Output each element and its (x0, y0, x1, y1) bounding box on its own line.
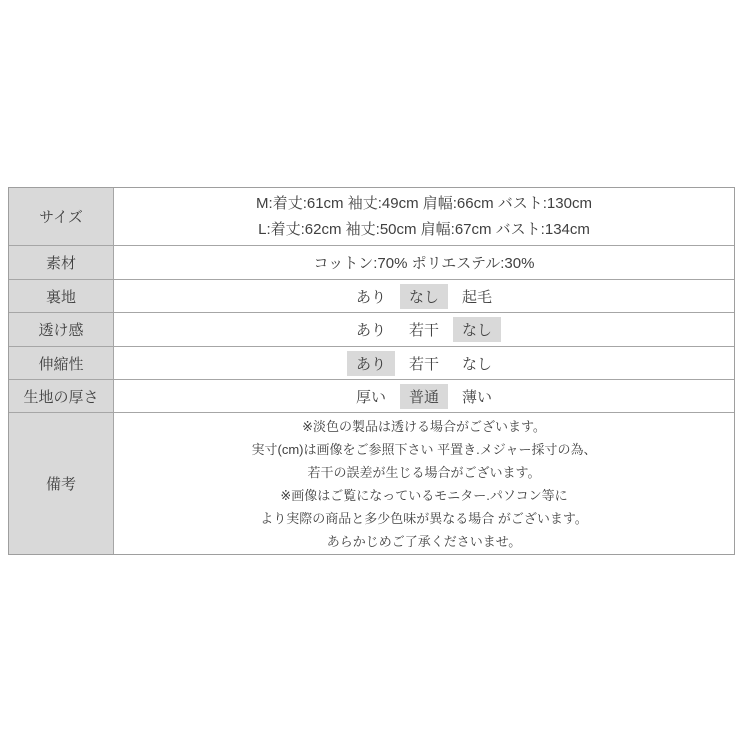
note-line: ※画像はご覧になっているモニター.パソコン等に (280, 484, 567, 507)
note-line: 若干の誤差が生じる場合がございます。 (308, 461, 541, 484)
size-line-m: M:着丈:61cm 袖丈:49cm 肩幅:66cm バスト:130cm (256, 191, 592, 217)
lining-option: 起毛 (453, 284, 501, 309)
thickness-options: 厚い 普通 薄い (114, 380, 734, 412)
spec-row-size: サイズ M:着丈:61cm 袖丈:49cm 肩幅:66cm バスト:130cm … (9, 188, 734, 245)
size-label: サイズ (9, 188, 114, 245)
note-line: ※淡色の製品は透ける場合がございます。 (302, 415, 546, 438)
thickness-label: 生地の厚さ (9, 380, 114, 412)
spec-row-notes: 備考 ※淡色の製品は透ける場合がございます。 実寸(cm)は画像をご参照下さい … (9, 412, 734, 554)
lining-label: 裏地 (9, 280, 114, 312)
sheerness-option: なし (453, 317, 501, 342)
notes-text: ※淡色の製品は透ける場合がございます。 実寸(cm)は画像をご参照下さい 平置き… (114, 413, 734, 554)
sheerness-label: 透け感 (9, 313, 114, 346)
thickness-option: 厚い (347, 384, 395, 409)
spec-row-material: 素材 コットン:70% ポリエステル:30% (9, 245, 734, 279)
stretch-option: なし (453, 351, 501, 376)
spec-row-lining: 裏地 あり なし 起毛 (9, 279, 734, 312)
thickness-option: 薄い (453, 384, 501, 409)
page: サイズ M:着丈:61cm 袖丈:49cm 肩幅:66cm バスト:130cm … (0, 0, 740, 740)
lining-option: なし (400, 284, 448, 309)
stretch-option: 若干 (400, 351, 448, 376)
spec-row-stretch: 伸縮性 あり 若干 なし (9, 346, 734, 379)
stretch-options: あり 若干 なし (114, 347, 734, 379)
product-spec-table: サイズ M:着丈:61cm 袖丈:49cm 肩幅:66cm バスト:130cm … (8, 187, 735, 555)
lining-option: あり (347, 284, 395, 309)
stretch-label: 伸縮性 (9, 347, 114, 379)
thickness-option: 普通 (400, 384, 448, 409)
note-line: あらかじめご了承くださいませ。 (327, 530, 522, 553)
notes-label: 備考 (9, 413, 114, 554)
material-label: 素材 (9, 246, 114, 279)
sheerness-option: 若干 (400, 317, 448, 342)
stretch-option: あり (347, 351, 395, 376)
sheerness-option: あり (347, 317, 395, 342)
material-value: コットン:70% ポリエステル:30% (114, 246, 734, 279)
lining-options: あり なし 起毛 (114, 280, 734, 312)
spec-row-thickness: 生地の厚さ 厚い 普通 薄い (9, 379, 734, 412)
sheerness-options: あり 若干 なし (114, 313, 734, 346)
note-line: より実際の商品と多少色味が異なる場合 がございます。 (260, 507, 588, 530)
spec-row-sheerness: 透け感 あり 若干 なし (9, 312, 734, 346)
note-line: 実寸(cm)は画像をご参照下さい 平置き.メジャー採寸の為、 (252, 438, 597, 461)
size-line-l: L:着丈:62cm 袖丈:50cm 肩幅:67cm バスト:134cm (258, 217, 590, 243)
size-values: M:着丈:61cm 袖丈:49cm 肩幅:66cm バスト:130cm L:着丈… (114, 188, 734, 245)
